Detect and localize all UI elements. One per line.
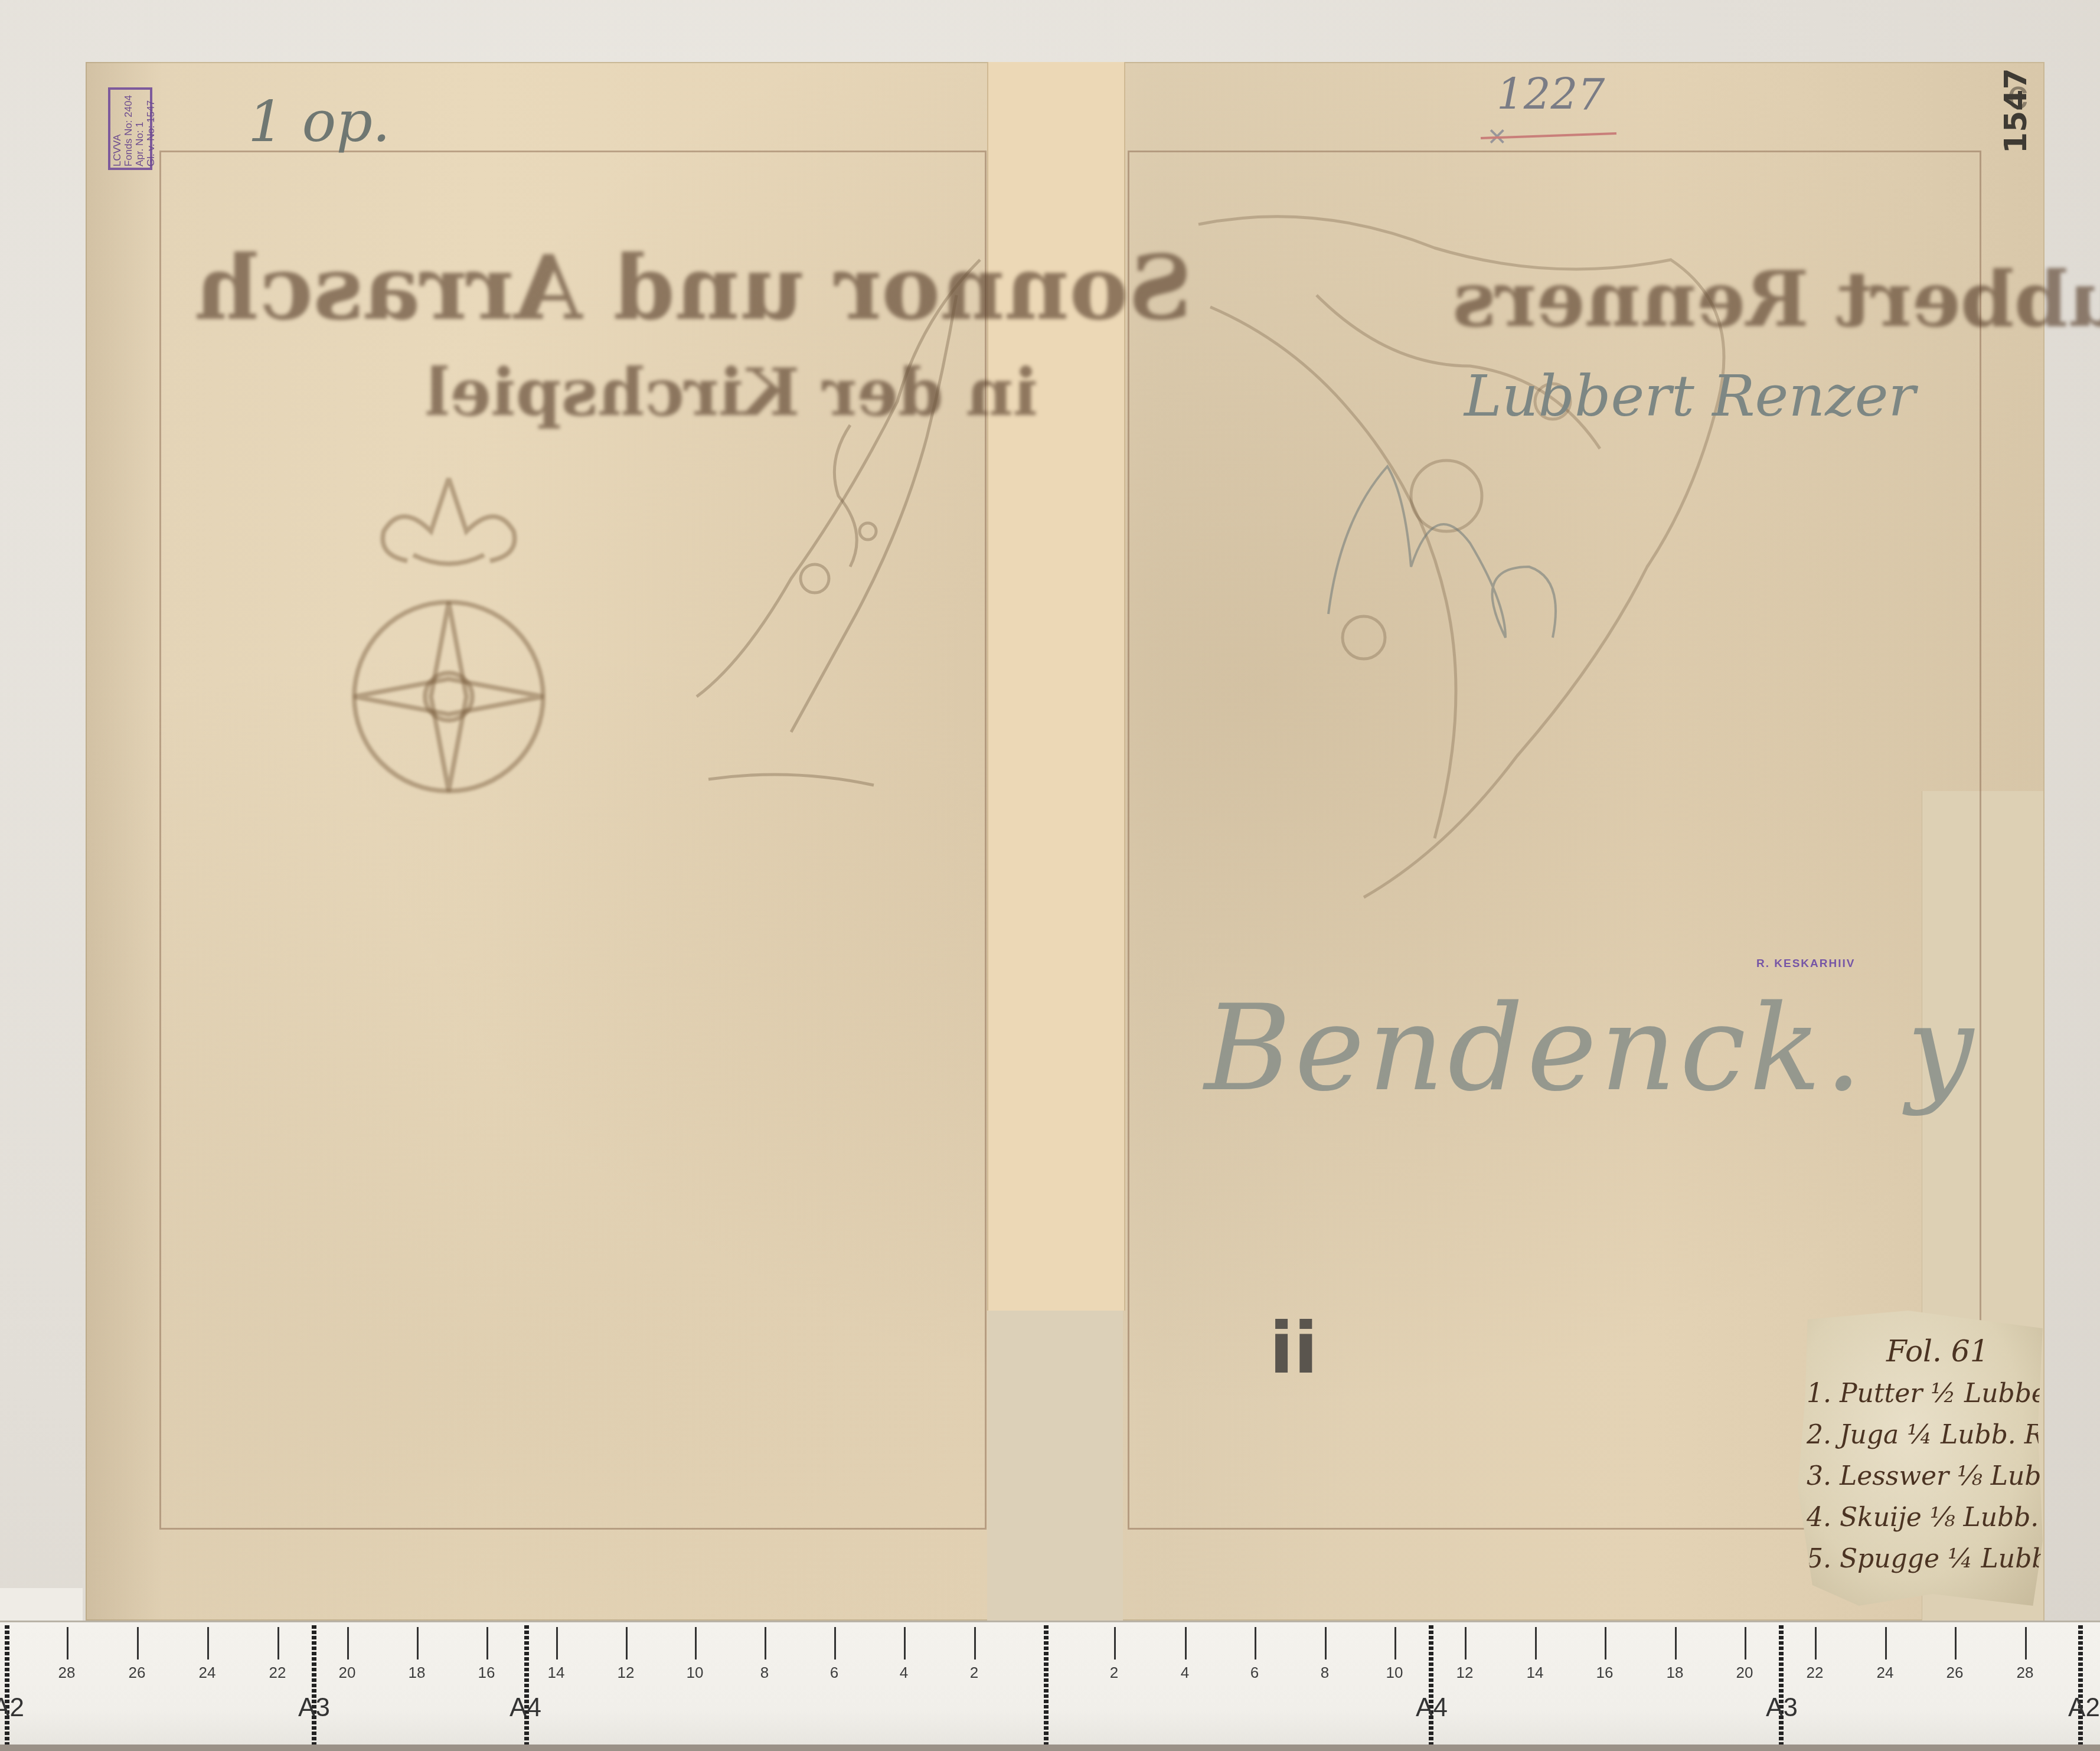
stamp-line: LCVVA [112, 91, 123, 166]
stamp-line: Gl. v. No: 1547 [145, 91, 156, 166]
format-mark-a3-right [1779, 1625, 1784, 1746]
ruler-label: 24 [199, 1664, 216, 1682]
format-label: A3 [298, 1693, 330, 1723]
ruler-label: 28 [2017, 1664, 2034, 1682]
ruler-label: 20 [1736, 1664, 1753, 1682]
ink-mark-lower: ii [1269, 1308, 1318, 1390]
attached-note: Fol. 61 1. Putter ½ Lubbert Renz 2. Juga… [1798, 1311, 2043, 1606]
pencil-signature-lubbert: Lubbert Renzer [1464, 363, 1915, 429]
format-label: A2 [2068, 1693, 2100, 1723]
ruler-label: 20 [339, 1664, 356, 1682]
ruler-label: 16 [478, 1664, 495, 1682]
ruler-label: 4 [900, 1664, 908, 1682]
ruler-label: 26 [129, 1664, 146, 1682]
inventory-number-side: 1547 [1998, 68, 2034, 153]
ruler-label: 8 [1321, 1664, 1329, 1682]
ruler-label: 12 [618, 1664, 635, 1682]
keskarhiiv-stamp: R. KESKARHIIV [1756, 958, 1855, 971]
center-mark [1044, 1625, 1049, 1746]
ruler-label: 16 [1596, 1664, 1614, 1682]
compass-rose-icon [342, 466, 555, 797]
op-label: 1 op. [248, 89, 390, 155]
ruler-label: 4 [1181, 1664, 1189, 1682]
note-header: Fol. 61 [1886, 1334, 1988, 1368]
stamp-line: Apr. No: 1 [134, 91, 145, 166]
ruler-label: 6 [1250, 1664, 1259, 1682]
pencil-signature-large: Bendenck. y [1204, 980, 1977, 1118]
sheet-edge-shading [86, 62, 162, 1621]
scan-corner [0, 1588, 83, 1623]
inventory-number-top: 1227 [1497, 70, 1605, 119]
format-mark-a4-left [524, 1625, 529, 1746]
stamp-line: Fonds No: 2404 [123, 91, 134, 166]
repair-strip-lower [987, 1311, 1123, 1621]
measurement-ruler: 28 26 24 22 20 18 16 14 12 10 8 6 4 2 2 … [0, 1621, 2100, 1746]
ruler-label: 2 [970, 1664, 978, 1682]
showthrough-map-left [673, 248, 1004, 815]
ruler-label: 28 [58, 1664, 76, 1682]
format-label: A4 [510, 1693, 541, 1723]
ruler-label: 8 [760, 1664, 769, 1682]
ruler-label: 24 [1877, 1664, 1894, 1682]
ruler-label: 10 [687, 1664, 704, 1682]
format-label: A4 [1416, 1693, 1448, 1723]
ruler-edge [0, 1745, 2100, 1751]
format-mark-a2-left [5, 1625, 9, 1746]
format-mark-a2-right [2078, 1625, 2083, 1746]
ruler-label: 26 [1946, 1664, 1964, 1682]
ruler-label: 10 [1386, 1664, 1403, 1682]
showthrough-map-right [1139, 189, 1789, 927]
ruler-label: 6 [830, 1664, 838, 1682]
format-mark-a4-right [1429, 1625, 1433, 1746]
ruler-label: 14 [548, 1664, 565, 1682]
ruler-label: 18 [409, 1664, 426, 1682]
ruler-label: 22 [269, 1664, 286, 1682]
archive-stamp: LCVVA Fonds No: 2404 Apr. No: 1 Gl. v. N… [108, 87, 152, 170]
ruler-label: 14 [1527, 1664, 1544, 1682]
note-line: 4. Skuije ⅛ Lubb. R [1807, 1502, 2066, 1533]
format-label: A2 [0, 1693, 24, 1723]
format-label: A3 [1766, 1693, 1798, 1723]
ruler-label: 2 [1110, 1664, 1118, 1682]
format-mark-a3-left [312, 1625, 316, 1746]
ruler-label: 18 [1667, 1664, 1684, 1682]
ruler-label: 22 [1807, 1664, 1824, 1682]
ruler-label: 12 [1456, 1664, 1474, 1682]
